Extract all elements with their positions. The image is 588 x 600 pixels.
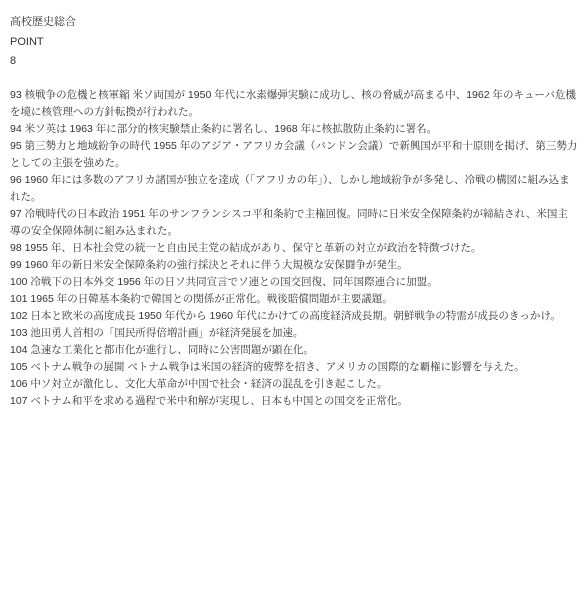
point-item: 95 第三勢力と地域紛争の時代 1955 年のアジア・アフリカ会議（バンドン会議… (10, 138, 578, 172)
point-item: 96 1960 年には多数のアフリカ諸国が独立を達成（「アフリカの年」）、しかし… (10, 172, 578, 206)
point-item: 103 池田勇人首相の「国民所得倍増計画」が経済発展を加速。 (10, 325, 578, 342)
point-item: 102 日本と欧米の高度成長 1950 年代から 1960 年代にかけての高度経… (10, 308, 578, 325)
points-list: 93 核戦争の危機と核軍縮 米ソ両国が 1950 年代に水素爆弾実験に成功し、核… (10, 87, 578, 410)
point-item: 105 ベトナム戦争の展開 ベトナム戦争は米国の経済的疲弊を招き、アメリカの国際… (10, 359, 578, 376)
document-page: 高校歴史総合 POINT 8 93 核戦争の危機と核軍縮 米ソ両国が 1950 … (0, 0, 588, 600)
point-item: 104 急速な工業化と都市化が進行し、同時に公害問題が顕在化。 (10, 342, 578, 359)
section-label: POINT (10, 33, 578, 53)
point-item: 100 冷戦下の日本外交 1956 年の日ソ共同宣言でソ連との国交回復、同年国際… (10, 274, 578, 291)
section-number: 8 (10, 52, 578, 72)
point-item: 98 1955 年、日本社会党の統一と自由民主党の結成があり、保守と革新の対立が… (10, 240, 578, 257)
point-item: 97 冷戦時代の日本政治 1951 年のサンフランシスコ平和条約で主権回復。同時… (10, 206, 578, 240)
point-item: 99 1960 年の新日米安全保障条約の強行採決とそれに伴う大規模な安保闘争が発… (10, 257, 578, 274)
course-title: 高校歴史総合 (10, 13, 578, 33)
point-item: 101 1965 年の日韓基本条約で韓国との関係が正常化。戦後賠償問題が主要議題… (10, 291, 578, 308)
point-item: 107 ベトナム和平を求める過程で米中和解が実現し、日本も中国との国交を正常化。 (10, 393, 578, 410)
point-item: 106 中ソ対立が激化し、文化大革命が中国で社会・経済の混乱を引き起こした。 (10, 376, 578, 393)
point-item: 93 核戦争の危機と核軍縮 米ソ両国が 1950 年代に水素爆弾実験に成功し、核… (10, 87, 578, 121)
document-header: 高校歴史総合 POINT 8 (10, 13, 578, 72)
point-item: 94 米ソ英は 1963 年に部分的核実験禁止条約に署名し、1968 年に核拡散… (10, 121, 578, 138)
